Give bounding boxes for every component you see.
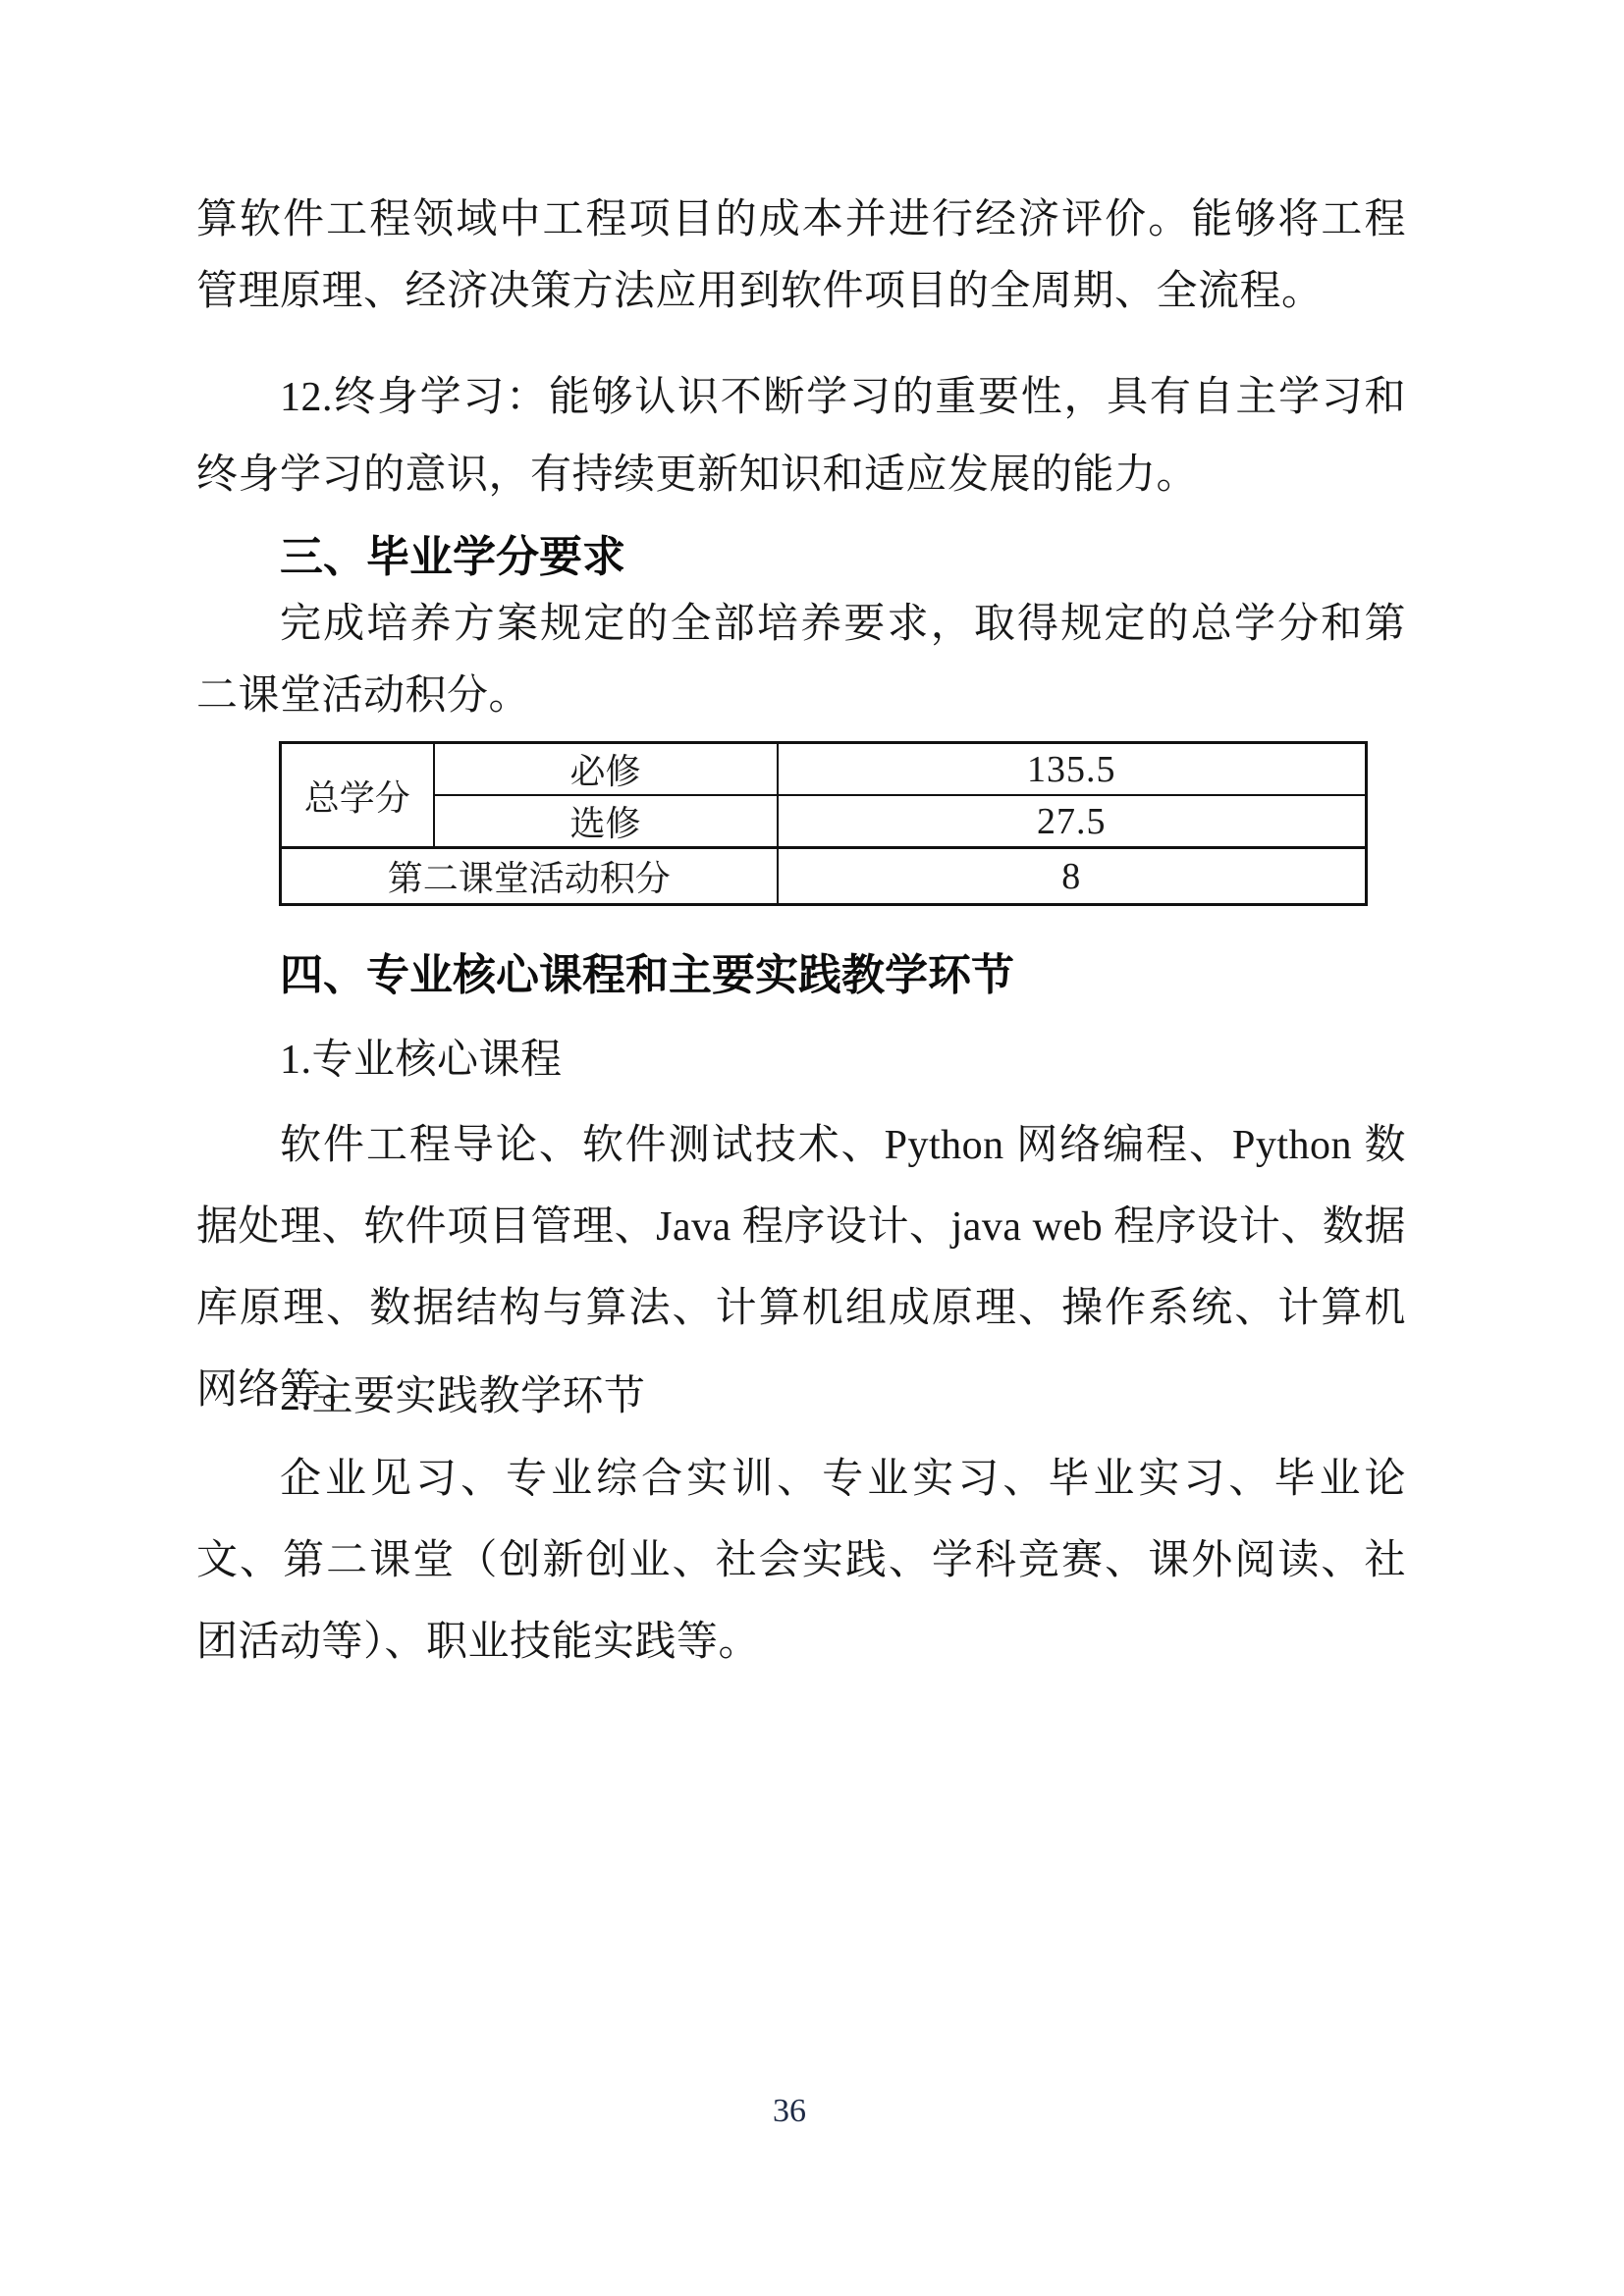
item-core-courses-title: 1.专业核心课程 [196,1029,1406,1092]
heading-graduation-credit-requirements: 三、毕业学分要求 [196,526,1406,589]
table-cell-required-label: 必修 [434,743,778,796]
page-number: 36 [196,2093,1382,2130]
table-row: 第二课堂活动积分 8 [281,848,1367,905]
credits-table: 总学分 必修 135.5 选修 27.5 第二课堂活动积分 8 [279,741,1368,906]
heading-core-courses-and-practice: 四、专业核心课程和主要实践教学环节 [196,944,1406,1007]
para-credit-requirements: 完成培养方案规定的全部培养要求，取得规定的总学分和第二课堂活动积分。 [196,589,1406,732]
para-practice-links-list: 企业见习、专业综合实训、专业实习、毕业实习、毕业论文、第二课堂（创新创业、社会实… [196,1439,1406,1683]
item-practice-title: 2.主要实践教学环节 [196,1365,1406,1428]
table-cell-second-class-label: 第二课堂活动积分 [281,848,778,905]
table-cell-elective-label: 选修 [434,795,778,848]
para-cost-evaluation: 算软件工程领域中工程项目的成本并进行经济评价。能够将工程管理原理、经济决策方法应… [196,185,1406,328]
table-cell-second-class-value: 8 [778,848,1367,905]
table-cell-required-value: 135.5 [778,743,1367,796]
para-lifelong-learning: 12.终身学习：能够认识不断学习的重要性，具有自主学习和终身学习的意识，有持续更… [196,359,1406,514]
table-row: 总学分 必修 135.5 [281,743,1367,796]
table-cell-total-credits-label: 总学分 [281,743,434,848]
document-page: 算软件工程领域中工程项目的成本并进行经济评价。能够将工程管理原理、经济决策方法应… [0,0,1624,2296]
table-row: 选修 27.5 [281,795,1367,848]
table-cell-elective-value: 27.5 [778,795,1367,848]
